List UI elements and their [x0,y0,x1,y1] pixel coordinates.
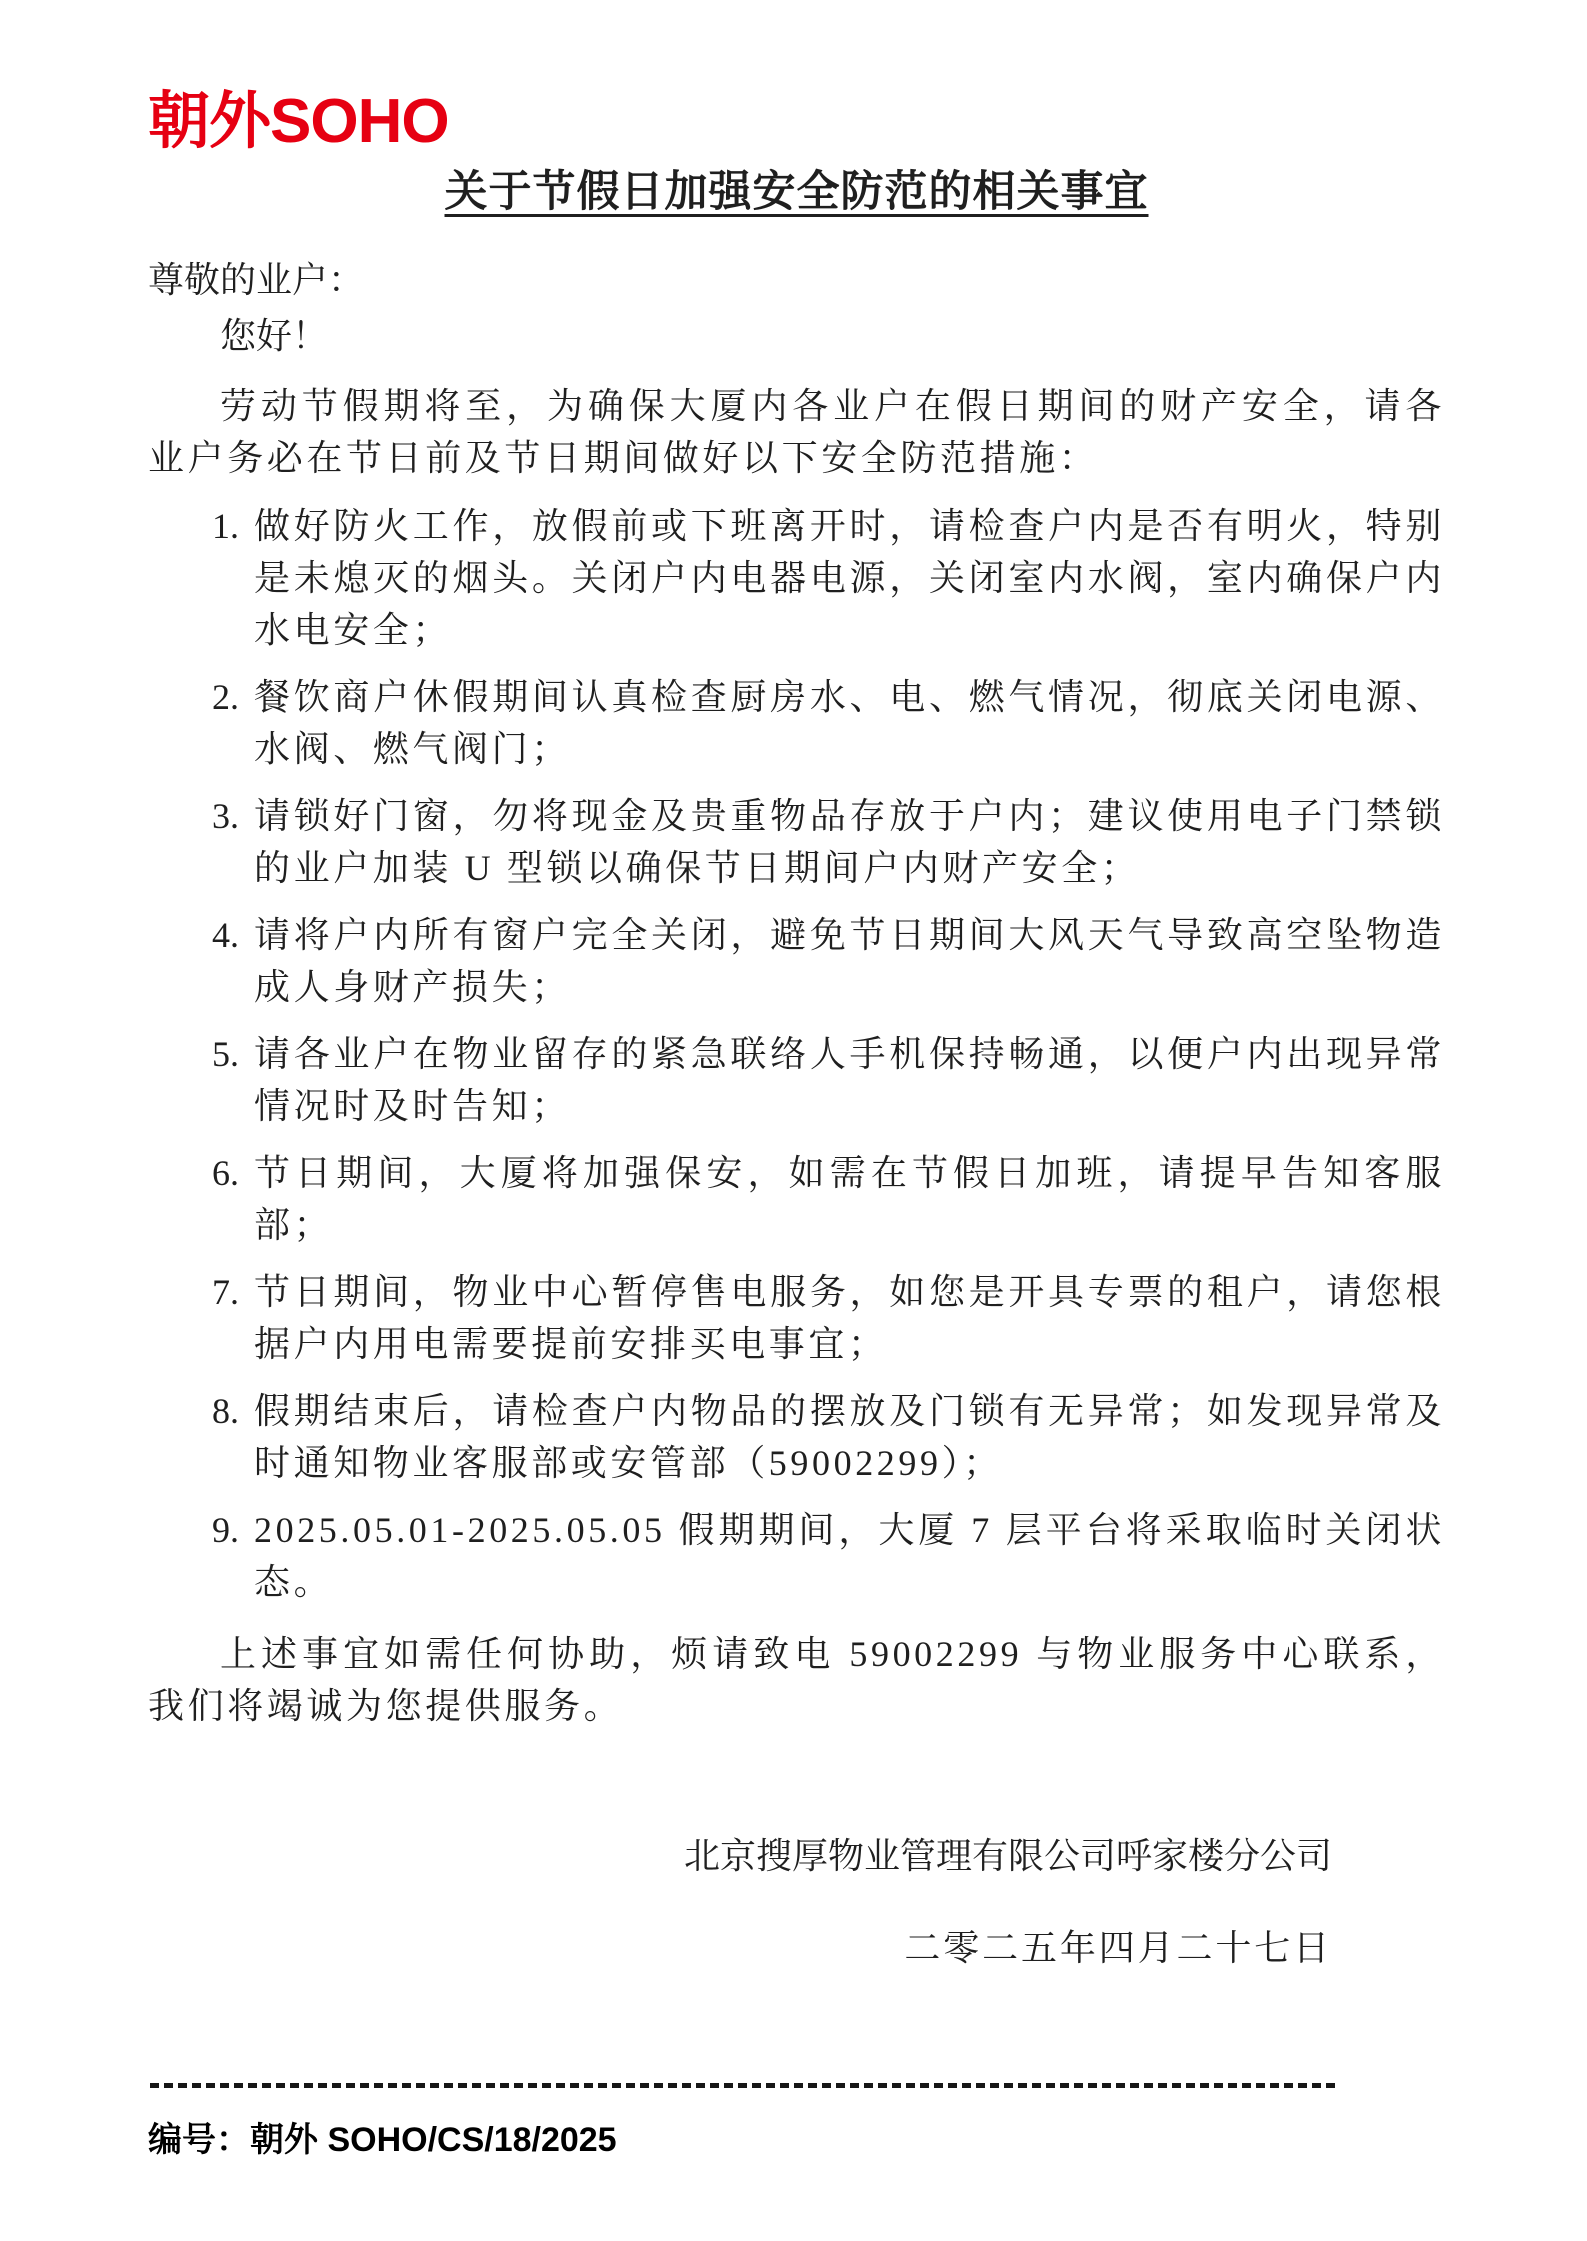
list-item: 节日期间，物业中心暂停售电服务，如您是开具专票的租户，请您根据户内用电需要提前安… [248,1266,1445,1370]
intro-paragraph: 劳动节假期将至，为确保大厦内各业户在假日期间的财产安全，请各业户务必在节日前及节… [148,380,1445,484]
list-item: 节日期间，大厦将加强保安，如需在节假日加班，请提早告知客服部； [248,1147,1445,1251]
signature-date: 二零二五年四月二十七日 [148,1924,1332,1972]
safety-measures-list: 做好防火工作，放假前或下班离开时，请检查户内是否有明火，特别是未熄灭的烟头。关闭… [148,500,1445,1608]
list-item: 假期结束后，请检查户内物品的摆放及门锁有无异常；如发现异常及时通知物业客服部或安… [248,1385,1445,1489]
footer-dashed-divider [150,2083,1338,2088]
document-number: 编号：朝外 SOHO/CS/18/2025 [148,2112,617,2161]
closing-paragraph: 上述事宜如需任何协助，烦请致电 59002299 与物业服务中心联系，我们将竭诚… [148,1628,1445,1732]
notice-document-page: 朝外SOHO 关于节假日加强安全防范的相关事宜 尊敬的业户： 您好！ 劳动节假期… [0,0,1587,2241]
signature-block: 北京搜厚物业管理有限公司呼家楼分公司 二零二五年四月二十七日 [148,1832,1445,1972]
list-item: 2025.05.01-2025.05.05 假期期间，大厦 7 层平台将采取临时… [248,1504,1445,1608]
signature-company: 北京搜厚物业管理有限公司呼家楼分公司 [148,1832,1332,1880]
list-item: 请将户内所有窗户完全关闭，避免节日期间大风天气导致高空坠物造成人身财产损失； [248,909,1445,1013]
chaowai-soho-logo: 朝外SOHO [148,86,1445,158]
list-item: 餐饮商户休假期间认真检查厨房水、电、燃气情况，彻底关闭电源、水阀、燃气阀门； [248,671,1445,775]
document-title: 关于节假日加强安全防范的相关事宜 [148,164,1445,222]
document-content: 朝外SOHO 关于节假日加强安全防范的相关事宜 尊敬的业户： 您好！ 劳动节假期… [0,0,1587,1972]
salutation-line: 尊敬的业户： [148,254,1445,306]
list-item: 做好防火工作，放假前或下班离开时，请检查户内是否有明火，特别是未熄灭的烟头。关闭… [248,500,1445,656]
list-item: 请锁好门窗，勿将现金及贵重物品存放于户内；建议使用电子门禁锁的业户加装 U 型锁… [248,790,1445,894]
list-item: 请各业户在物业留存的紧急联络人手机保持畅通，以便户内出现异常情况时及时告知； [248,1028,1445,1132]
greeting-line: 您好！ [148,310,1445,362]
